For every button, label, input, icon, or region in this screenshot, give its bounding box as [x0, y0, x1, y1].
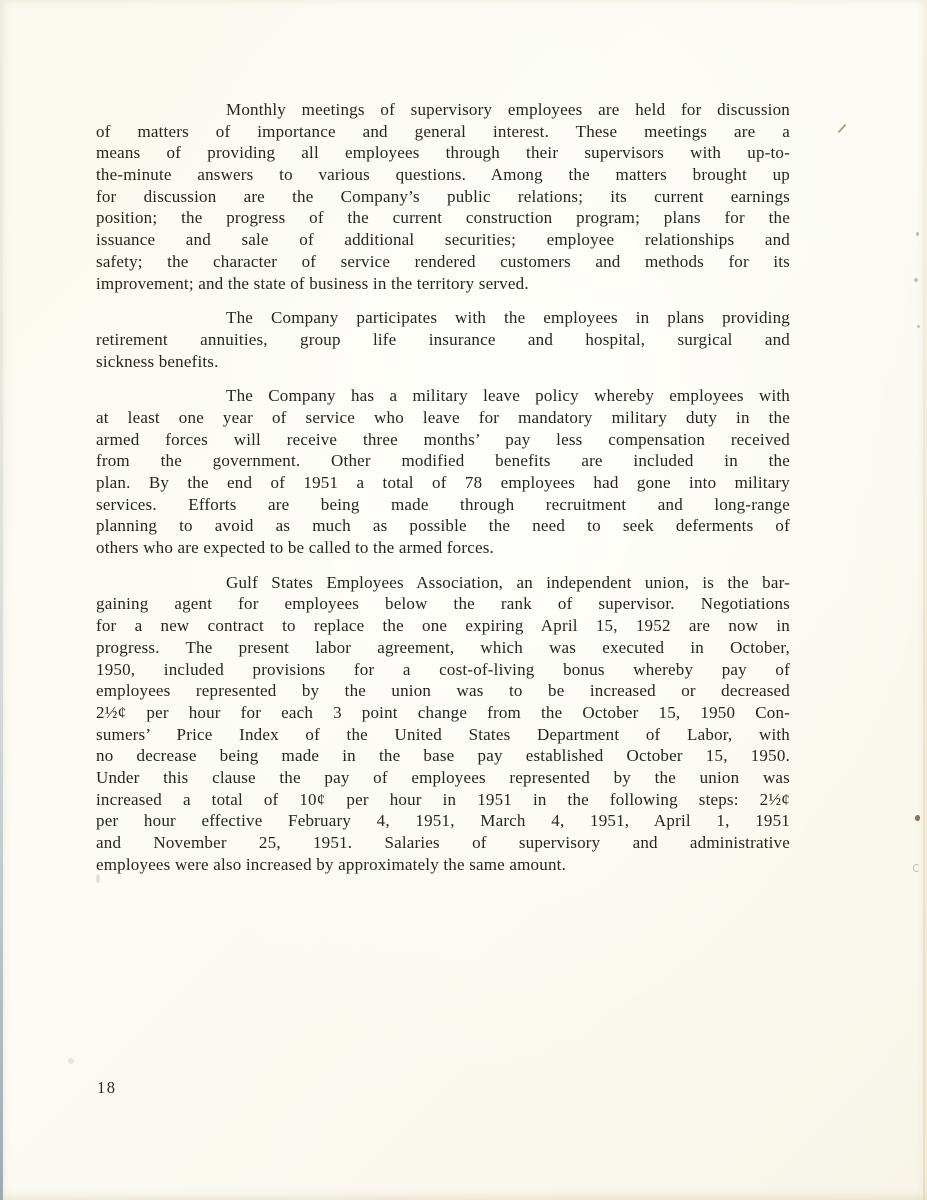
scan-speck	[915, 815, 920, 821]
text-line: for a new contract to replace the one ex…	[96, 615, 790, 637]
scan-speck	[838, 124, 847, 134]
text-line: per hour effective February 4, 1951, Mar…	[96, 810, 790, 832]
text-line: employees were also increased by approxi…	[96, 854, 790, 876]
text-line: safety; the character of service rendere…	[96, 251, 790, 273]
scan-speck	[68, 1058, 74, 1064]
text-line: employees represented by the union was t…	[96, 680, 790, 702]
text-line: The Company participates with the employ…	[96, 307, 790, 329]
text-line: others who are expected to be called to …	[96, 537, 790, 559]
scan-speck	[917, 325, 920, 328]
text-line: at least one year of service who leave f…	[96, 407, 790, 429]
text-line: gaining agent for employees below the ra…	[96, 593, 790, 615]
paragraph: The Company participates with the employ…	[96, 307, 790, 372]
scan-speck	[916, 232, 919, 236]
text-line: means of providing all employees through…	[96, 142, 790, 164]
text-line: of matters of importance and general int…	[96, 121, 790, 143]
paragraph: Gulf States Employees Association, an in…	[96, 572, 790, 876]
paragraph: Monthly meetings of supervisory employee…	[96, 99, 790, 294]
scan-speck	[914, 278, 918, 282]
text-line: retirement annuities, group life insuran…	[96, 329, 790, 351]
page-number: 18	[97, 1078, 117, 1098]
text-line: from the government. Other modified bene…	[96, 450, 790, 472]
document-page: Monthly meetings of supervisory employee…	[0, 0, 927, 1200]
text-line: sumers’ Price Index of the United States…	[96, 724, 790, 746]
text-line: issuance and sale of additional securiti…	[96, 229, 790, 251]
text-line: progress. The present labor agreement, w…	[96, 637, 790, 659]
text-line: services. Efforts are being made through…	[96, 494, 790, 516]
text-line: The Company has a military leave policy …	[96, 385, 790, 407]
text-line: planning to avoid as much as possible th…	[96, 515, 790, 537]
text-line: no decrease being made in the base pay e…	[96, 745, 790, 767]
text-line: increased a total of 10¢ per hour in 195…	[96, 789, 790, 811]
text-line: plan. By the end of 1951 a total of 78 e…	[96, 472, 790, 494]
scan-edge-right	[923, 0, 925, 1200]
text-line: and November 25, 1951. Salaries of super…	[96, 832, 790, 854]
text-line: Gulf States Employees Association, an in…	[96, 572, 790, 594]
text-line: the-minute answers to various questions.…	[96, 164, 790, 186]
scan-speck	[913, 864, 920, 872]
text-line: armed forces will receive three months’ …	[96, 429, 790, 451]
text-block: Monthly meetings of supervisory employee…	[96, 99, 790, 888]
text-line: position; the progress of the current co…	[96, 207, 790, 229]
scan-edge-left	[0, 0, 3, 1200]
text-line: 2½¢ per hour for each 3 point change fro…	[96, 702, 790, 724]
text-line: Under this clause the pay of employees r…	[96, 767, 790, 789]
text-line: Monthly meetings of supervisory employee…	[96, 99, 790, 121]
text-line: improvement; and the state of business i…	[96, 273, 790, 295]
text-line: 1950, included provisions for a cost-of-…	[96, 659, 790, 681]
text-line: for discussion are the Company’s public …	[96, 186, 790, 208]
text-line: sickness benefits.	[96, 351, 790, 373]
paragraph: The Company has a military leave policy …	[96, 385, 790, 559]
